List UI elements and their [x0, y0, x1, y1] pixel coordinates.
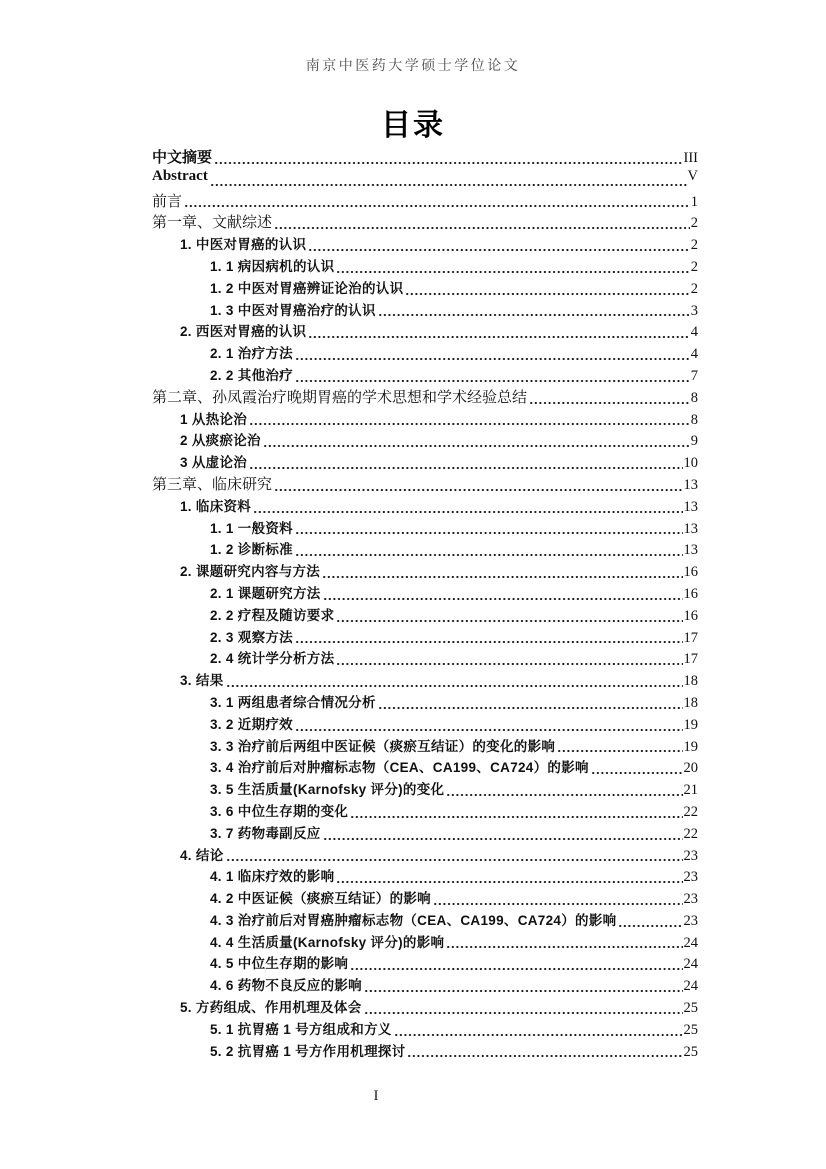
- toc-entry-label: 1. 3 中医对胃癌治疗的认识: [210, 299, 376, 319]
- toc-entry-page: 10: [684, 455, 699, 472]
- toc-entry-label: 5. 方药组成、作用机理及体会: [180, 996, 362, 1016]
- toc-entry-page: 13: [684, 477, 699, 494]
- toc-entry-page: 18: [684, 695, 699, 712]
- toc-entry-page: 18: [684, 673, 699, 690]
- dot-leader: [530, 401, 690, 405]
- dot-leader: [434, 902, 683, 906]
- toc-entry: 1. 1 病因病机的认识 2: [152, 255, 698, 277]
- toc-entry-label: Abstract: [152, 168, 208, 185]
- toc-entry-page: 22: [684, 826, 699, 843]
- dot-leader: [337, 662, 682, 666]
- running-header: 南京中医药大学硕士学位论文: [0, 55, 826, 75]
- toc-entry: 2 从痰瘀论治 9: [152, 429, 698, 451]
- toc-entry: 前言 1: [152, 190, 698, 212]
- dot-leader: [275, 488, 682, 492]
- toc-entry-page: 16: [684, 608, 699, 625]
- toc-entry-page: 19: [684, 717, 699, 734]
- toc-entry: 1 从热论治 8: [152, 408, 698, 430]
- dot-leader: [227, 684, 683, 688]
- dot-leader: [447, 793, 682, 797]
- dot-leader: [337, 619, 682, 623]
- toc-entry-label: 3 从虚论治: [180, 451, 247, 471]
- toc-entry: 第三章、临床研究 13: [152, 473, 698, 495]
- toc-entry-page: 2: [691, 237, 698, 254]
- toc-entry: 3. 7 药物毒副反应 22: [152, 822, 698, 844]
- toc-entry-label: 2. 3 观察方法: [210, 626, 293, 646]
- toc-entry-page: 25: [684, 1000, 699, 1017]
- toc-entry-page: 13: [684, 542, 699, 559]
- toc-entry-label: 2. 课题研究内容与方法: [180, 560, 320, 580]
- toc-entry-label: 4. 6 药物不良反应的影响: [210, 974, 362, 994]
- toc-entry-label: 1. 临床资料: [180, 495, 251, 515]
- dot-leader: [211, 183, 687, 187]
- toc-entry: Abstract V: [152, 168, 698, 190]
- toc-entry: 1. 临床资料 13: [152, 495, 698, 517]
- toc-entry: 1. 1 一般资料 13: [152, 517, 698, 539]
- toc-entry-label: 第二章、孙凤霞治疗晚期胃癌的学术思想和学术经验总结: [152, 386, 527, 407]
- toc-entry-label: 中文摘要: [152, 146, 212, 167]
- toc-entry-page: 2: [691, 259, 698, 276]
- toc-entry: 4. 2 中医证候（痰瘀互结证）的影响 23: [152, 887, 698, 909]
- toc-entry-page: 2: [691, 281, 698, 298]
- toc-entry: 3. 1 两组患者综合情况分析 18: [152, 691, 698, 713]
- dot-leader: [296, 379, 690, 383]
- dot-leader: [337, 270, 689, 274]
- toc-entry: 2. 2 其他治疗 7: [152, 364, 698, 386]
- dot-leader: [379, 313, 690, 317]
- document-page: 南京中医药大学硕士学位论文 目录 中文摘要 III Abstract V 前言 …: [0, 0, 826, 1169]
- toc-entry-page: 23: [684, 913, 699, 930]
- toc-entry-label: 2. 4 统计学分析方法: [210, 647, 334, 667]
- dot-leader: [250, 466, 682, 470]
- toc-entry: 3. 6 中位生存期的变化 22: [152, 800, 698, 822]
- toc-entry-page: 7: [691, 368, 698, 385]
- toc-entry-label: 4. 4 生活质量(Karnofsky 评分)的影响: [210, 931, 444, 951]
- toc-entry-page: 20: [684, 760, 699, 777]
- toc-entry-label: 第三章、临床研究: [152, 473, 272, 494]
- toc-entry-page: 17: [684, 651, 699, 668]
- toc-entry-label: 3. 6 中位生存期的变化: [210, 800, 348, 820]
- toc-entry-label: 5. 1 抗胃癌 1 号方组成和方义: [210, 1018, 392, 1038]
- dot-leader: [365, 989, 683, 993]
- toc-entry-label: 1. 中医对胃癌的认识: [180, 233, 306, 253]
- toc-entry-label: 2 从痰瘀论治: [180, 429, 261, 449]
- toc-entry-page: 13: [684, 521, 699, 538]
- dot-leader: [309, 335, 689, 339]
- dot-leader: [296, 531, 683, 535]
- toc-entry-label: 4. 3 治疗前后对胃癌肿瘤标志物（CEA、CA199、CA724）的影响: [210, 909, 616, 929]
- toc-entry-page: 8: [691, 390, 698, 407]
- toc-entry-label: 1 从热论治: [180, 408, 247, 428]
- dot-leader: [324, 597, 683, 601]
- toc-entry-label: 第一章、文献综述: [152, 211, 272, 232]
- toc-entry-page: 1: [691, 194, 698, 211]
- toc-entry-label: 3. 7 药物毒副反应: [210, 822, 321, 842]
- dot-leader: [558, 749, 682, 753]
- toc-entry: 4. 3 治疗前后对胃癌肿瘤标志物（CEA、CA199、CA724）的影响 23: [152, 909, 698, 931]
- toc-entry-page: 2: [691, 215, 698, 232]
- toc-entry: 2. 4 统计学分析方法 17: [152, 647, 698, 669]
- toc-entry-page: 25: [684, 1022, 699, 1039]
- toc-entry: 2. 3 观察方法 17: [152, 626, 698, 648]
- dot-leader: [296, 640, 683, 644]
- toc-entry-page: 17: [684, 630, 699, 647]
- toc-entry: 3. 2 近期疗效 19: [152, 713, 698, 735]
- dot-leader: [323, 575, 682, 579]
- dot-leader: [447, 945, 682, 949]
- dot-leader: [215, 161, 682, 165]
- dot-leader: [379, 706, 683, 710]
- toc-entry: 1. 2 诊断标准 13: [152, 538, 698, 560]
- dot-leader: [619, 924, 682, 928]
- toc-entry-label: 4. 5 中位生存期的影响: [210, 952, 348, 972]
- toc-entry-label: 3. 4 治疗前后对肿瘤标志物（CEA、CA199、CA724）的影响: [210, 756, 589, 776]
- dot-leader: [365, 1011, 683, 1015]
- toc-entry: 5. 方药组成、作用机理及体会 25: [152, 996, 698, 1018]
- dot-leader: [227, 858, 683, 862]
- toc-entry-label: 3. 3 治疗前后两组中医证候（痰瘀互结证）的变化的影响: [210, 735, 555, 755]
- toc-entry: 第一章、文献综述 2: [152, 211, 698, 233]
- toc-entry-label: 2. 1 课题研究方法: [210, 582, 321, 602]
- dot-leader: [337, 880, 682, 884]
- toc-entry-page: 24: [684, 956, 699, 973]
- toc-entry: 4. 5 中位生存期的影响 24: [152, 952, 698, 974]
- toc-entry-label: 2. 2 疗程及随访要求: [210, 604, 334, 624]
- dot-leader: [185, 204, 690, 208]
- toc-entry: 4. 4 生活质量(Karnofsky 评分)的影响 24: [152, 931, 698, 953]
- toc-entry: 2. 1 课题研究方法 16: [152, 582, 698, 604]
- toc-entry: 5. 2 抗胃癌 1 号方作用机理探讨 25: [152, 1040, 698, 1062]
- toc-entry: 4. 1 临床疗效的影响 23: [152, 865, 698, 887]
- dot-leader: [324, 837, 683, 841]
- toc-entry-label: 3. 5 生活质量(Karnofsky 评分)的变化: [210, 778, 444, 798]
- page-number-footer: I: [0, 1088, 752, 1105]
- dot-leader: [296, 553, 683, 557]
- toc-entry: 1. 3 中医对胃癌治疗的认识 3: [152, 299, 698, 321]
- toc-entry-page: 24: [684, 978, 699, 995]
- dot-leader: [254, 510, 682, 514]
- toc-entry: 2. 西医对胃癌的认识 4: [152, 320, 698, 342]
- toc-entry-label: 1. 1 一般资料: [210, 517, 293, 537]
- toc-entry-page: 21: [684, 782, 699, 799]
- toc-entry-page: 9: [691, 433, 698, 450]
- toc-entry: 第二章、孙凤霞治疗晚期胃癌的学术思想和学术经验总结 8: [152, 386, 698, 408]
- toc-entry-label: 2. 2 其他治疗: [210, 364, 293, 384]
- toc-entry: 3. 5 生活质量(Karnofsky 评分)的变化 21: [152, 778, 698, 800]
- toc-entry: 2. 课题研究内容与方法 16: [152, 560, 698, 582]
- toc-entry-label: 3. 1 两组患者综合情况分析: [210, 691, 376, 711]
- toc-entry-page: III: [684, 150, 699, 167]
- toc-entry-page: 25: [684, 1044, 699, 1061]
- toc-entry: 4. 6 药物不良反应的影响 24: [152, 974, 698, 996]
- toc-entry: 4. 结论 23: [152, 844, 698, 866]
- dot-leader: [296, 357, 690, 361]
- toc-entry: 2. 1 治疗方法 4: [152, 342, 698, 364]
- dot-leader: [250, 422, 690, 426]
- toc-entry-page: 24: [684, 935, 699, 952]
- toc-entry-page: 23: [684, 891, 699, 908]
- dot-leader: [406, 292, 689, 296]
- dot-leader: [264, 444, 690, 448]
- toc-entry: 1. 2 中医对胃癌辨证论治的认识 2: [152, 277, 698, 299]
- toc-entry: 中文摘要 III: [152, 146, 698, 168]
- toc-entry-page: 4: [691, 324, 698, 341]
- toc-entry-page: 16: [684, 586, 699, 603]
- toc-entry-page: V: [688, 168, 698, 185]
- dot-leader: [351, 967, 682, 971]
- dot-leader: [351, 815, 682, 819]
- toc-entry-label: 1. 2 诊断标准: [210, 538, 293, 558]
- toc-entry-label: 4. 1 临床疗效的影响: [210, 865, 334, 885]
- toc-entry: 1. 中医对胃癌的认识 2: [152, 233, 698, 255]
- toc-entry-page: 16: [684, 564, 699, 581]
- toc-entry-label: 2. 西医对胃癌的认识: [180, 320, 306, 340]
- toc-entry-label: 3. 结果: [180, 669, 224, 689]
- toc-entry-page: 13: [684, 499, 699, 516]
- toc-entry-label: 4. 2 中医证候（痰瘀互结证）的影响: [210, 887, 431, 907]
- dot-leader: [275, 226, 690, 230]
- toc-entry: 2. 2 疗程及随访要求 16: [152, 604, 698, 626]
- toc-entry: 3. 结果 18: [152, 669, 698, 691]
- toc-entry-page: 23: [684, 869, 699, 886]
- toc-entry-label: 1. 1 病因病机的认识: [210, 255, 334, 275]
- toc-entry-label: 4. 结论: [180, 844, 224, 864]
- toc-entry-page: 3: [691, 303, 698, 320]
- toc-entry-page: 19: [684, 739, 699, 756]
- toc-entry-page: 8: [691, 412, 698, 429]
- dot-leader: [296, 728, 683, 732]
- toc-entry: 3. 3 治疗前后两组中医证候（痰瘀互结证）的变化的影响 19: [152, 735, 698, 757]
- toc-entry: 5. 1 抗胃癌 1 号方组成和方义 25: [152, 1018, 698, 1040]
- toc-entry-page: 23: [684, 848, 699, 865]
- page-title: 目录: [0, 100, 826, 144]
- dot-leader: [592, 771, 683, 775]
- toc-entry-page: 4: [691, 346, 698, 363]
- dot-leader: [408, 1054, 682, 1058]
- toc-entry: 3 从虚论治 10: [152, 451, 698, 473]
- toc-entry: 3. 4 治疗前后对肿瘤标志物（CEA、CA199、CA724）的影响 20: [152, 756, 698, 778]
- toc-entry-label: 1. 2 中医对胃癌辨证论治的认识: [210, 277, 403, 297]
- toc-entry-label: 2. 1 治疗方法: [210, 342, 293, 362]
- toc-entry-label: 3. 2 近期疗效: [210, 713, 293, 733]
- toc-entry-page: 22: [684, 804, 699, 821]
- toc-list: 中文摘要 III Abstract V 前言 1 第一章、文献综述 2 1. 中…: [152, 146, 698, 1061]
- toc-entry-label: 5. 2 抗胃癌 1 号方作用机理探讨: [210, 1040, 405, 1060]
- dot-leader: [395, 1033, 683, 1037]
- dot-leader: [309, 248, 689, 252]
- toc-entry-label: 前言: [152, 190, 182, 211]
